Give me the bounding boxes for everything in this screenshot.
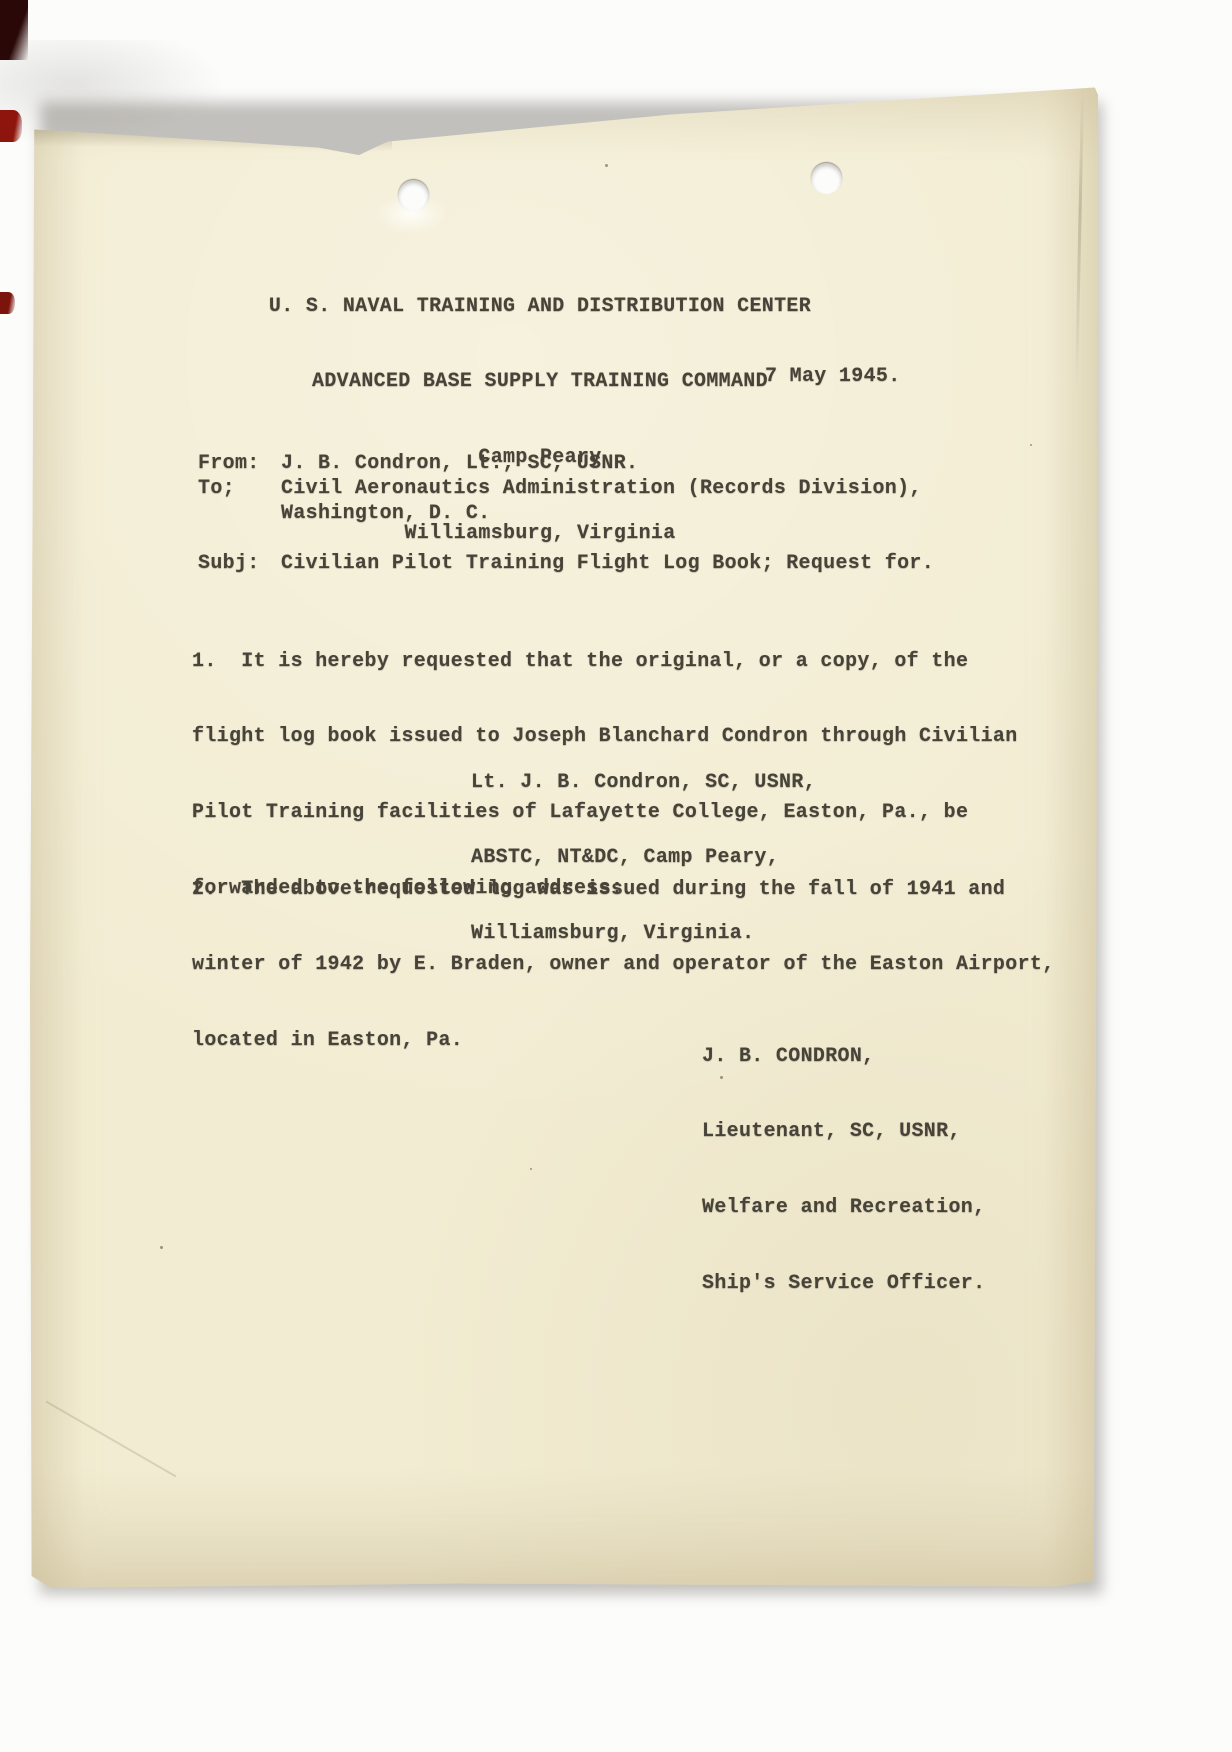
text-line: 1. It is hereby requested that the origi…: [192, 649, 1018, 674]
text-line: 2. The above-requested log was issued du…: [192, 877, 1055, 902]
signature-line: Lieutenant, SC, USNR,: [702, 1119, 985, 1144]
to-value-line-1: Civil Aeronautics Administration (Record…: [281, 476, 922, 501]
from-value: J. B. Condron, Lt., SC, USNR.: [281, 451, 638, 476]
letter-content: U. S. NAVAL TRAINING AND DISTRIBUTION CE…: [0, 0, 1232, 1752]
signature-line: Welfare and Recreation,: [702, 1195, 985, 1220]
letterhead-line: U. S. NAVAL TRAINING AND DISTRIBUTION CE…: [190, 294, 890, 319]
subject-label: Subj:: [198, 551, 260, 576]
letterhead: U. S. NAVAL TRAINING AND DISTRIBUTION CE…: [190, 243, 890, 597]
text-line: winter of 1942 by E. Braden, owner and o…: [192, 952, 1055, 977]
to-label: To;: [198, 476, 235, 501]
subject-value: Civilian Pilot Training Flight Log Book;…: [281, 551, 934, 576]
signature-block: J. B. CONDRON, Lieutenant, SC, USNR, Wel…: [702, 993, 985, 1347]
scanned-letter: U. S. NAVAL TRAINING AND DISTRIBUTION CE…: [0, 0, 1232, 1752]
date-line: 7 May 1945.: [765, 364, 901, 389]
from-label: From:: [198, 451, 260, 476]
signature-line: J. B. CONDRON,: [702, 1044, 985, 1069]
signature-line: Ship's Service Officer.: [702, 1271, 985, 1296]
address-line: Lt. J. B. Condron, SC, USNR,: [471, 770, 816, 795]
to-value-line-2: Washington, D. C.: [281, 501, 490, 526]
